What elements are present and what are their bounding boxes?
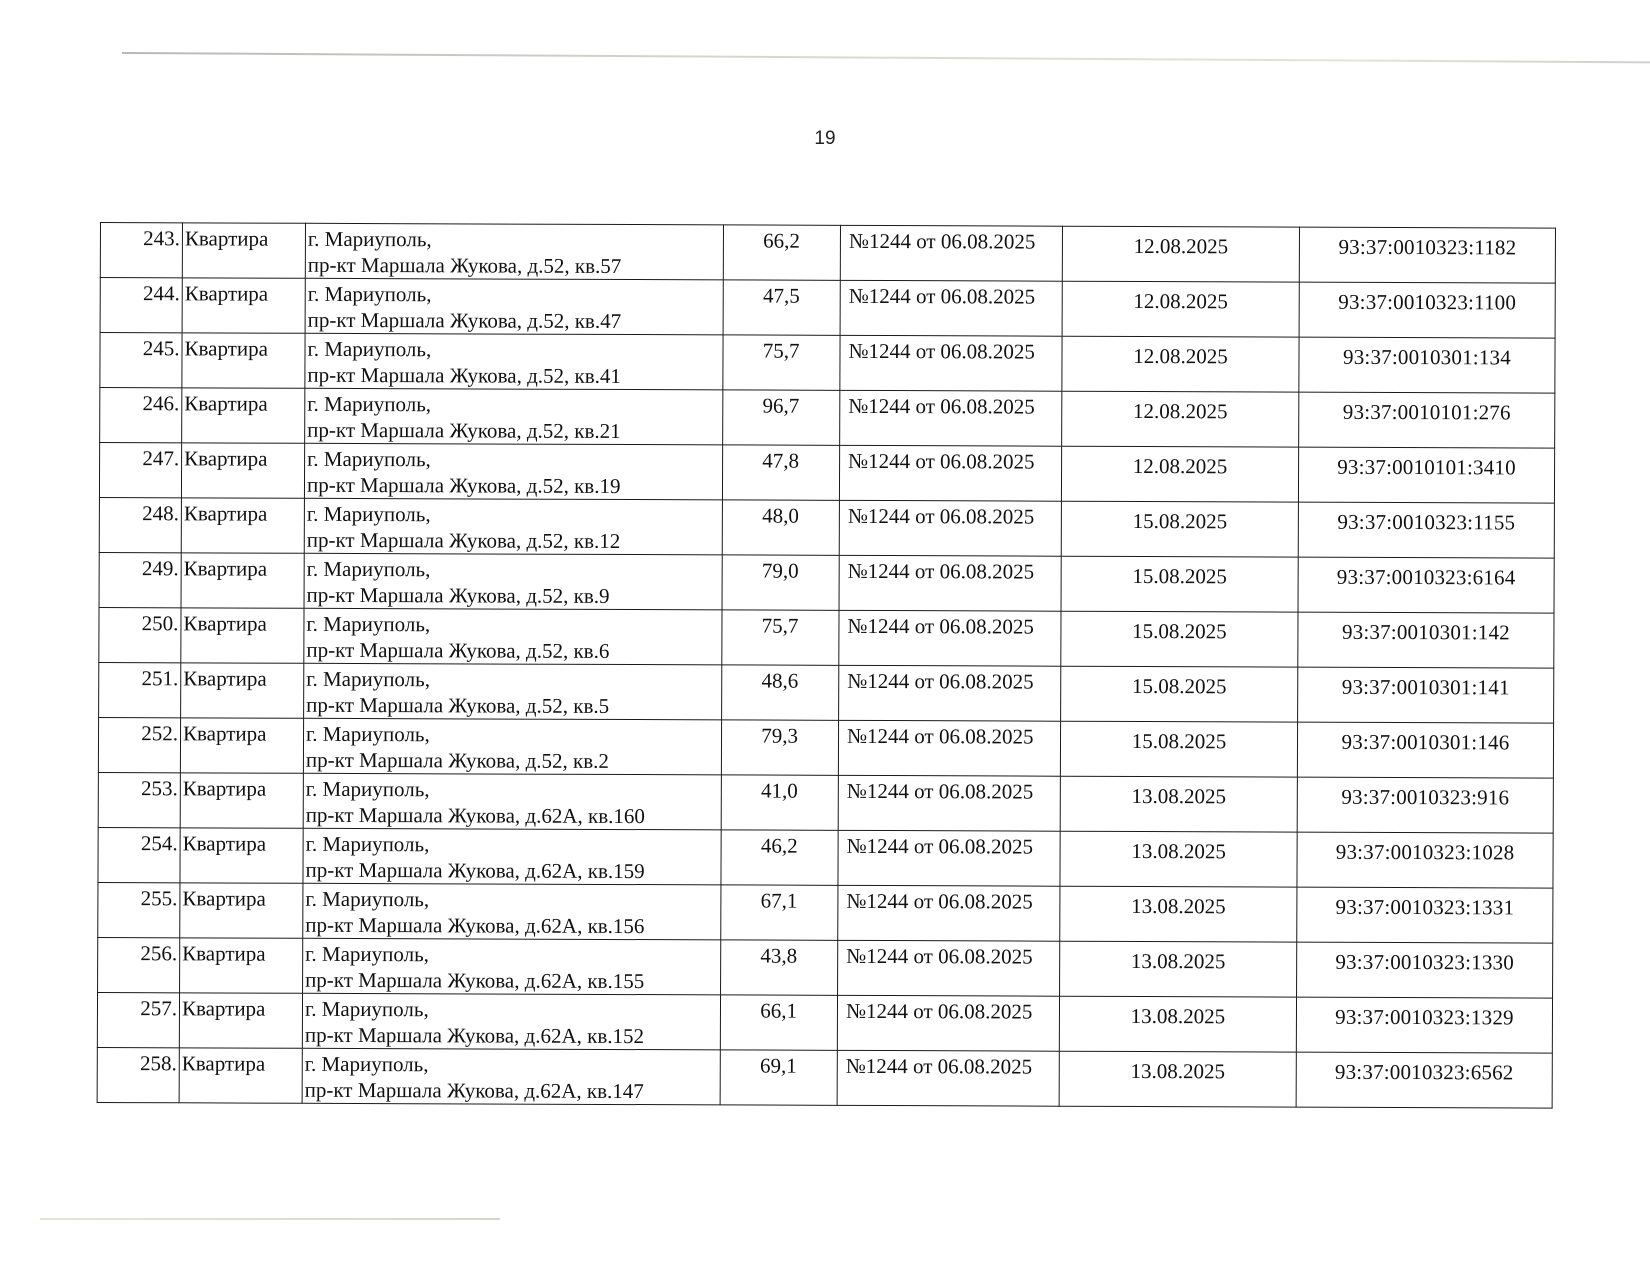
cadastral-number: 93:37:0010323:1100 — [1299, 282, 1555, 338]
object-address: г. Мариуполь, пр-кт Маршала Жукова, д.62… — [303, 773, 721, 830]
address-city: г. Мариуполь, — [307, 556, 719, 584]
table-row: 247. Квартира г. Мариуполь, пр-кт Маршал… — [99, 443, 1554, 504]
row-number: 250. — [99, 607, 181, 662]
address-city: г. Мариуполь, — [308, 281, 720, 309]
object-area: 48,6 — [722, 665, 839, 720]
object-type: Квартира — [180, 938, 303, 993]
cadastral-number: 93:37:0010323:1182 — [1299, 227, 1555, 283]
object-address: г. Мариуполь, пр-кт Маршала Жукова, д.62… — [303, 828, 721, 885]
row-number: 251. — [99, 662, 181, 717]
address-street: пр-кт Маршала Жукова, д.52, кв.5 — [306, 692, 718, 720]
object-area: 75,7 — [722, 610, 839, 665]
row-number: 244. — [100, 278, 182, 333]
decision-document: №1244 от 06.08.2025 — [840, 335, 1062, 391]
row-number: 257. — [97, 992, 179, 1047]
table-row: 258. Квартира г. Мариуполь, пр-кт Маршал… — [97, 1047, 1552, 1108]
address-street: пр-кт Маршала Жукова, д.62А, кв.156 — [305, 912, 717, 940]
object-address: г. Мариуполь, пр-кт Маршала Жукова, д.62… — [302, 993, 720, 1050]
object-type: Квартира — [182, 333, 305, 388]
row-number: 248. — [99, 497, 181, 552]
table-row: 249. Квартира г. Мариуполь, пр-кт Маршал… — [99, 552, 1554, 613]
object-address: г. Мариуполь, пр-кт Маршала Жукова, д.52… — [305, 278, 723, 335]
cadastral-number: 93:37:0010301:134 — [1299, 337, 1555, 393]
row-number: 254. — [98, 827, 180, 882]
object-type: Квартира — [180, 718, 303, 773]
object-type: Квартира — [182, 388, 305, 443]
registration-date: 12.08.2025 — [1061, 446, 1298, 502]
object-area: 69,1 — [720, 1050, 837, 1105]
registration-date: 13.08.2025 — [1060, 941, 1297, 997]
address-city: г. Мариуполь, — [306, 666, 718, 694]
address-street: пр-кт Маршала Жукова, д.52, кв.21 — [307, 417, 719, 445]
table-row: 248. Квартира г. Мариуполь, пр-кт Маршал… — [99, 497, 1554, 558]
decision-document: №1244 от 06.08.2025 — [838, 720, 1060, 776]
object-area: 67,1 — [721, 885, 838, 940]
address-city: г. Мариуполь, — [307, 501, 719, 529]
object-area: 66,1 — [720, 995, 837, 1050]
object-address: г. Мариуполь, пр-кт Маршала Жукова, д.52… — [304, 498, 722, 555]
decision-document: №1244 от 06.08.2025 — [839, 610, 1061, 666]
table-row: 245. Квартира г. Мариуполь, пр-кт Маршал… — [100, 333, 1555, 394]
object-area: 96,7 — [723, 390, 840, 445]
cadastral-number: 93:37:0010301:142 — [1298, 612, 1554, 668]
object-area: 47,5 — [723, 280, 840, 335]
registration-date: 12.08.2025 — [1062, 281, 1299, 337]
address-city: г. Мариуполь, — [305, 941, 717, 969]
object-area: 75,7 — [723, 335, 840, 390]
row-number: 245. — [100, 333, 182, 388]
decision-document: №1244 от 06.08.2025 — [838, 885, 1060, 941]
object-area: 79,0 — [722, 555, 839, 610]
cadastral-number: 93:37:0010323:1331 — [1297, 887, 1553, 943]
registration-date: 15.08.2025 — [1061, 556, 1298, 612]
object-type: Квартира — [181, 608, 304, 663]
property-table: 243. Квартира г. Мариуполь, пр-кт Маршал… — [97, 222, 1556, 1109]
property-table-container: 243. Квартира г. Мариуполь, пр-кт Маршал… — [97, 222, 1555, 1109]
address-street: пр-кт Маршала Жукова, д.52, кв.9 — [307, 582, 719, 610]
cadastral-number: 93:37:0010323:6164 — [1298, 557, 1554, 613]
cadastral-number: 93:37:0010323:1329 — [1296, 997, 1552, 1053]
object-type: Квартира — [181, 443, 304, 498]
table-row: 250. Квартира г. Мариуполь, пр-кт Маршал… — [99, 607, 1554, 668]
registration-date: 12.08.2025 — [1062, 226, 1299, 282]
object-area: 48,0 — [722, 500, 839, 555]
decision-document: №1244 от 06.08.2025 — [840, 225, 1062, 281]
table-row: 251. Квартира г. Мариуполь, пр-кт Маршал… — [99, 662, 1554, 723]
registration-date: 15.08.2025 — [1061, 611, 1298, 667]
object-address: г. Мариуполь, пр-кт Маршала Жукова, д.52… — [304, 608, 722, 665]
row-number: 249. — [99, 552, 181, 607]
object-address: г. Мариуполь, пр-кт Маршала Жукова, д.52… — [304, 663, 722, 720]
decision-document: №1244 от 06.08.2025 — [838, 830, 1060, 886]
decision-document: №1244 от 06.08.2025 — [839, 500, 1061, 556]
address-street: пр-кт Маршала Жукова, д.52, кв.12 — [307, 527, 719, 555]
address-street: пр-кт Маршала Жукова, д.62А, кв.155 — [305, 967, 717, 995]
address-street: пр-кт Маршала Жукова, д.62А, кв.159 — [305, 857, 717, 885]
address-street: пр-кт Маршала Жукова, д.52, кв.19 — [307, 472, 719, 500]
object-address: г. Мариуполь, пр-кт Маршала Жукова, д.52… — [303, 718, 721, 775]
registration-date: 13.08.2025 — [1060, 831, 1297, 887]
address-city: г. Мариуполь, — [305, 996, 717, 1024]
cadastral-number: 93:37:0010101:276 — [1299, 392, 1555, 448]
registration-date: 15.08.2025 — [1061, 666, 1298, 722]
registration-date: 13.08.2025 — [1060, 776, 1297, 832]
object-type: Квартира — [182, 278, 305, 333]
object-address: г. Мариуполь, пр-кт Маршала Жукова, д.52… — [304, 443, 722, 500]
decision-document: №1244 от 06.08.2025 — [839, 665, 1061, 721]
address-city: г. Мариуполь, — [307, 446, 719, 474]
address-street: пр-кт Маршала Жукова, д.52, кв.47 — [308, 307, 720, 335]
address-street: пр-кт Маршала Жукова, д.62А, кв.147 — [305, 1077, 717, 1105]
table-row: 246. Квартира г. Мариуполь, пр-кт Маршал… — [100, 388, 1555, 449]
decision-document: №1244 от 06.08.2025 — [839, 555, 1061, 611]
row-number: 252. — [98, 717, 180, 772]
object-area: 43,8 — [721, 940, 838, 995]
address-city: г. Мариуполь, — [307, 336, 719, 364]
cadastral-number: 93:37:0010323:1155 — [1298, 502, 1554, 558]
property-table-body: 243. Квартира г. Мариуполь, пр-кт Маршал… — [97, 223, 1555, 1109]
object-area: 47,8 — [722, 445, 839, 500]
registration-date: 12.08.2025 — [1062, 336, 1299, 392]
object-type: Квартира — [180, 883, 303, 938]
scan-artifact-line — [122, 52, 1650, 63]
object-address: г. Мариуполь, пр-кт Маршала Жукова, д.62… — [302, 1048, 720, 1105]
object-type: Квартира — [182, 223, 305, 278]
object-area: 46,2 — [721, 830, 838, 885]
object-type: Квартира — [179, 993, 302, 1048]
cadastral-number: 93:37:0010101:3410 — [1298, 447, 1554, 503]
cadastral-number: 93:37:0010323:1330 — [1297, 942, 1553, 998]
registration-date: 13.08.2025 — [1059, 1051, 1296, 1107]
registration-date: 13.08.2025 — [1059, 996, 1296, 1052]
object-area: 66,2 — [723, 225, 840, 280]
object-address: г. Мариуполь, пр-кт Маршала Жукова, д.52… — [305, 223, 723, 280]
cadastral-number: 93:37:0010323:916 — [1297, 777, 1553, 833]
registration-date: 15.08.2025 — [1060, 721, 1297, 777]
decision-document: №1244 от 06.08.2025 — [838, 940, 1060, 996]
address-street: пр-кт Маршала Жукова, д.52, кв.57 — [308, 252, 720, 280]
address-city: г. Мариуполь, — [306, 776, 718, 804]
object-address: г. Мариуполь, пр-кт Маршала Жукова, д.52… — [305, 388, 723, 445]
object-type: Квартира — [180, 828, 303, 883]
decision-document: №1244 от 06.08.2025 — [839, 445, 1061, 501]
table-row: 243. Квартира г. Мариуполь, пр-кт Маршал… — [100, 223, 1555, 284]
cadastral-number: 93:37:0010323:1028 — [1297, 832, 1553, 888]
registration-date: 13.08.2025 — [1060, 886, 1297, 942]
address-city: г. Мариуполь, — [305, 1051, 717, 1079]
address-city: г. Мариуполь, — [306, 831, 718, 859]
address-street: пр-кт Маршала Жукова, д.52, кв.41 — [307, 362, 719, 390]
object-area: 41,0 — [721, 775, 838, 830]
cadastral-number: 93:37:0010323:6562 — [1296, 1052, 1552, 1108]
decision-document: №1244 от 06.08.2025 — [837, 1050, 1059, 1106]
scan-artifact-line — [40, 1218, 500, 1220]
object-address: г. Мариуполь, пр-кт Маршала Жукова, д.52… — [305, 333, 723, 390]
row-number: 253. — [98, 772, 180, 827]
address-street: пр-кт Маршала Жукова, д.62А, кв.160 — [306, 802, 718, 830]
cadastral-number: 93:37:0010301:146 — [1297, 722, 1553, 778]
object-address: г. Мариуполь, пр-кт Маршала Жукова, д.52… — [304, 553, 722, 610]
decision-document: №1244 от 06.08.2025 — [840, 280, 1062, 336]
table-row: 253. Квартира г. Мариуполь, пр-кт Маршал… — [98, 772, 1553, 833]
object-type: Квартира — [180, 773, 303, 828]
object-type: Квартира — [181, 663, 304, 718]
decision-document: №1244 от 06.08.2025 — [838, 775, 1060, 831]
cadastral-number: 93:37:0010301:141 — [1298, 667, 1554, 723]
row-number: 243. — [100, 223, 182, 278]
table-row: 257. Квартира г. Мариуполь, пр-кт Маршал… — [97, 992, 1552, 1053]
table-row: 255. Квартира г. Мариуполь, пр-кт Маршал… — [98, 882, 1553, 943]
row-number: 255. — [98, 882, 180, 937]
address-city: г. Мариуполь, — [307, 391, 719, 419]
table-row: 254. Квартира г. Мариуполь, пр-кт Маршал… — [98, 827, 1553, 888]
decision-document: №1244 от 06.08.2025 — [837, 995, 1059, 1051]
address-street: пр-кт Маршала Жукова, д.52, кв.6 — [306, 637, 718, 665]
object-type: Квартира — [179, 1048, 302, 1103]
table-row: 252. Квартира г. Мариуполь, пр-кт Маршал… — [98, 717, 1553, 778]
row-number: 256. — [98, 937, 180, 992]
decision-document: №1244 от 06.08.2025 — [840, 390, 1062, 446]
table-row: 256. Квартира г. Мариуполь, пр-кт Маршал… — [98, 937, 1553, 998]
object-area: 79,3 — [721, 720, 838, 775]
object-address: г. Мариуполь, пр-кт Маршала Жукова, д.62… — [303, 938, 721, 995]
row-number: 246. — [100, 388, 182, 443]
table-row: 244. Квартира г. Мариуполь, пр-кт Маршал… — [100, 278, 1555, 339]
registration-date: 12.08.2025 — [1062, 391, 1299, 447]
object-address: г. Мариуполь, пр-кт Маршала Жукова, д.62… — [303, 883, 721, 940]
row-number: 247. — [99, 443, 181, 498]
address-street: пр-кт Маршала Жукова, д.52, кв.2 — [306, 747, 718, 775]
page-number: 19 — [0, 128, 1650, 150]
address-city: г. Мариуполь, — [306, 721, 718, 749]
address-city: г. Мариуполь, — [305, 886, 717, 914]
address-city: г. Мариуполь, — [308, 226, 720, 254]
row-number: 258. — [97, 1047, 179, 1102]
object-type: Квартира — [181, 498, 304, 553]
object-type: Квартира — [181, 553, 304, 608]
address-city: г. Мариуполь, — [306, 611, 718, 639]
registration-date: 15.08.2025 — [1061, 501, 1298, 557]
address-street: пр-кт Маршала Жукова, д.62А, кв.152 — [305, 1022, 717, 1050]
